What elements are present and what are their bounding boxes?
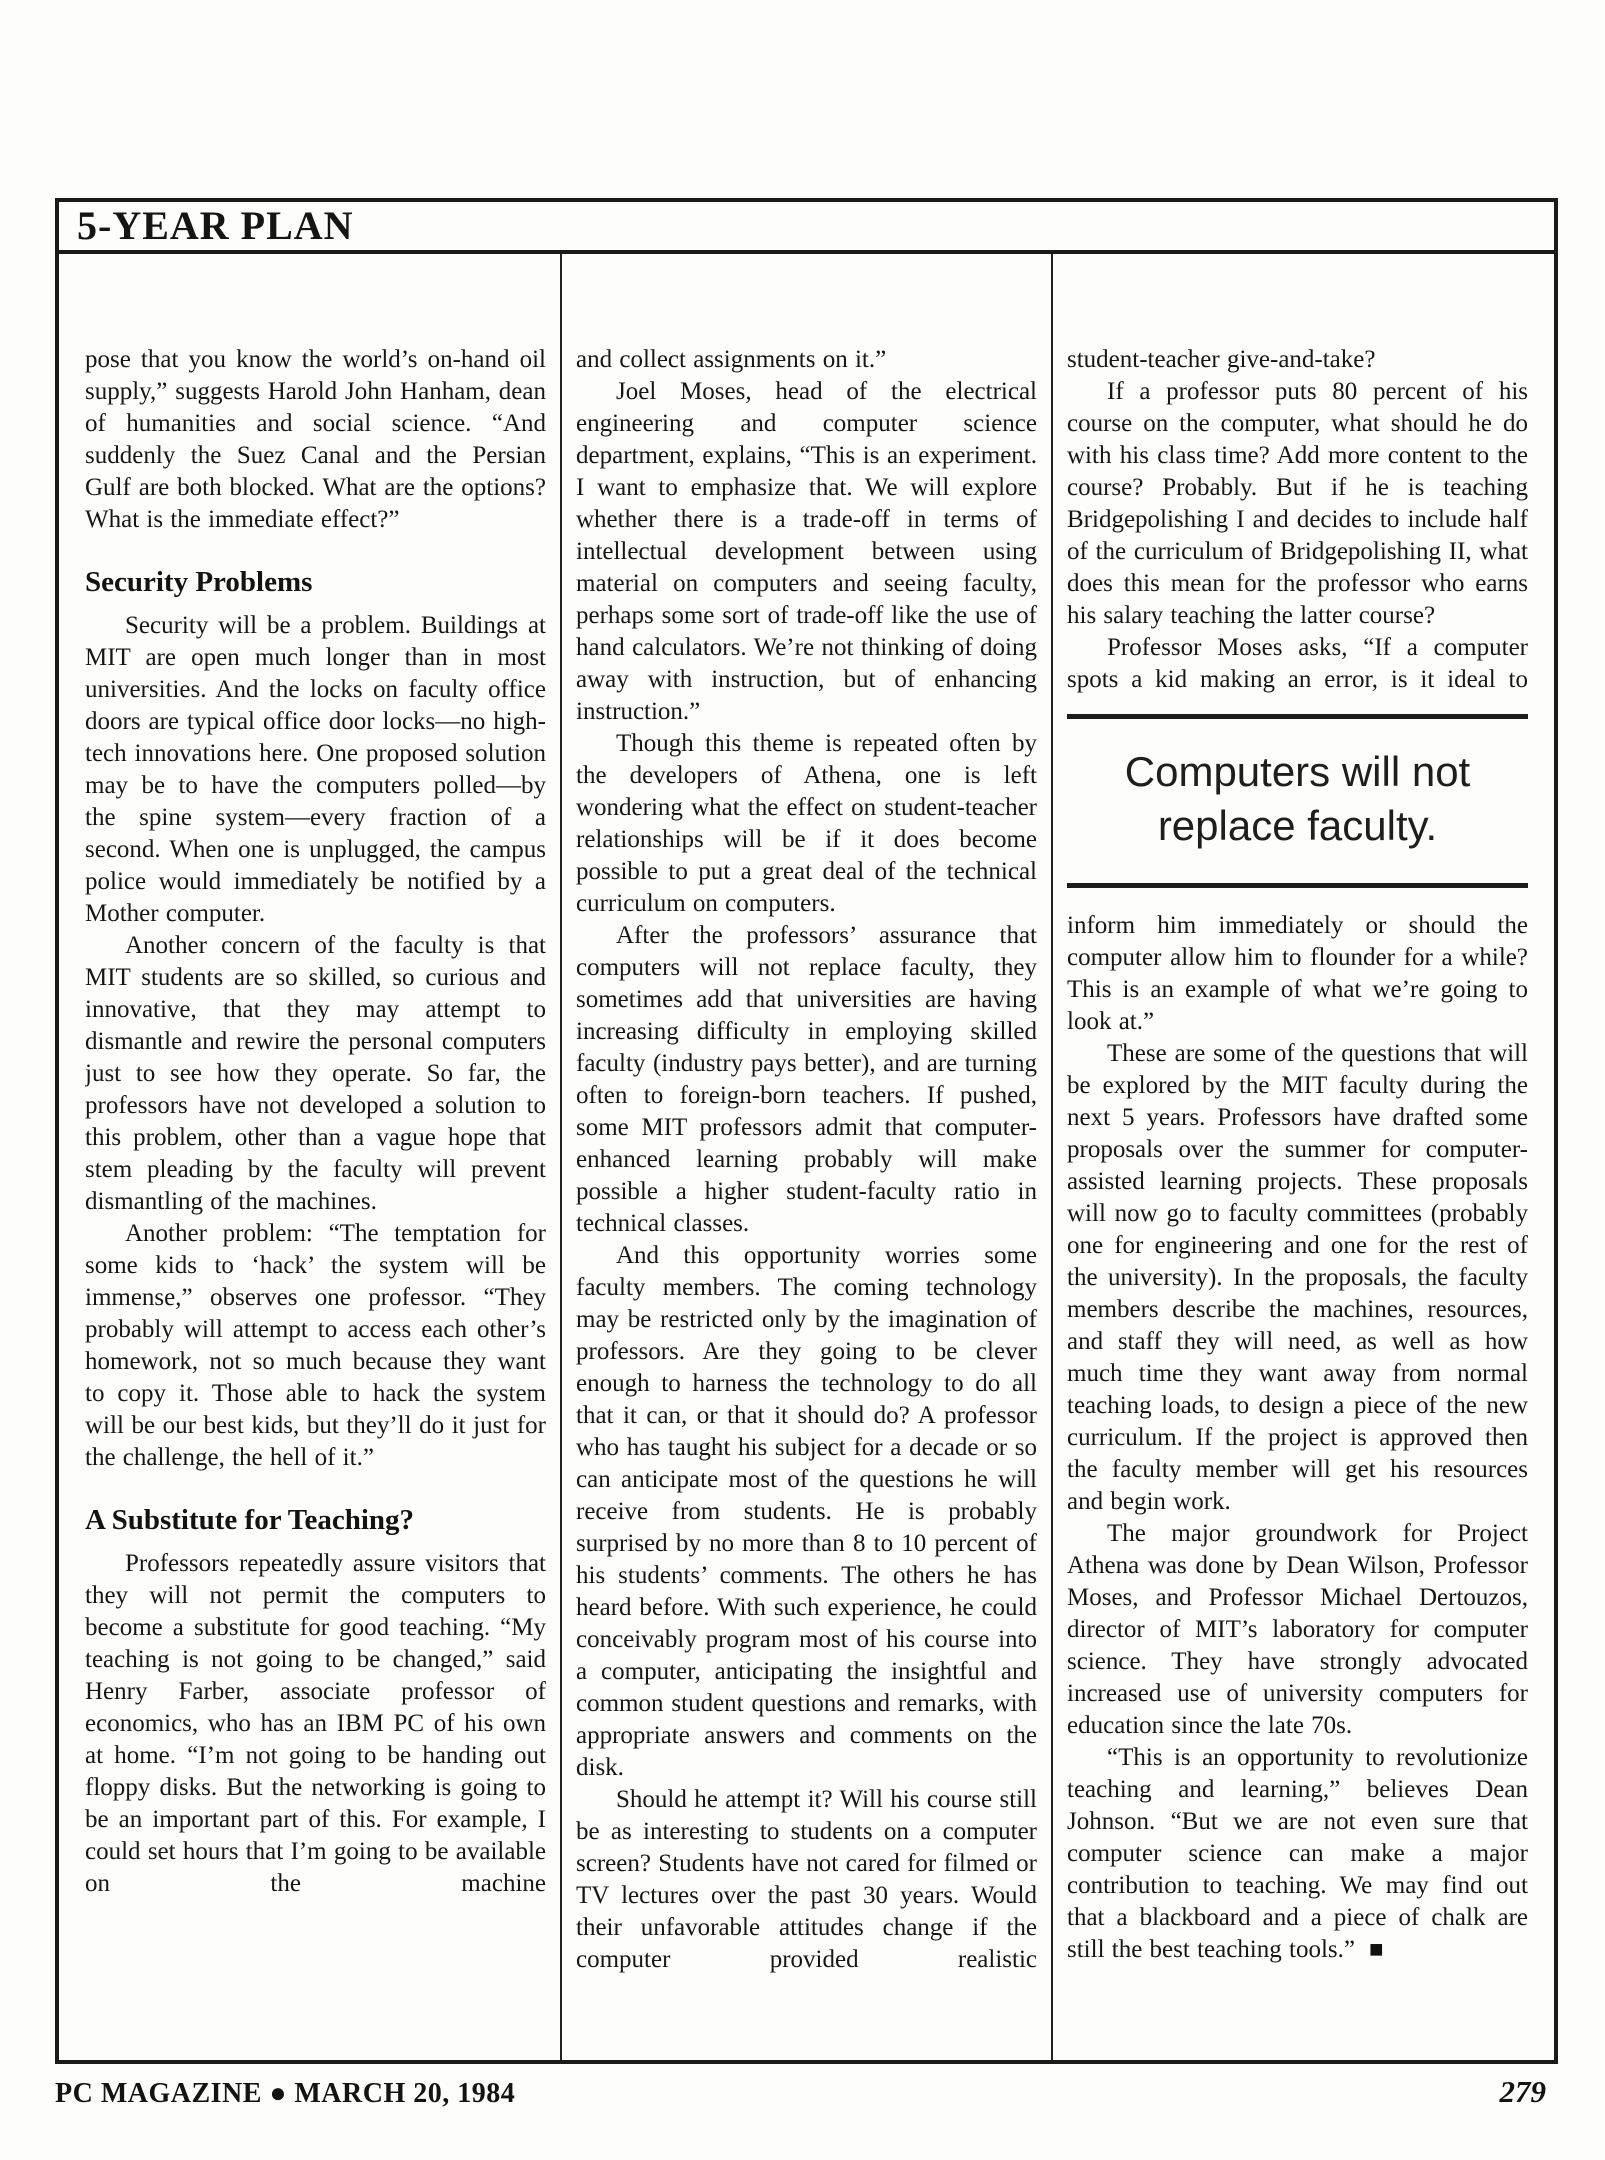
paragraph: Security will be a problem. Buildings at… [85,610,546,930]
column-divider-1 [560,254,562,2060]
column-1: pose that you know the world’s on-hand o… [85,254,546,2060]
paragraph: After the professors’ assurance that com… [576,920,1037,1240]
paragraph: “This is an opportunity to revolutionize… [1067,1742,1528,1966]
paragraph: Should he attempt it? Will his course st… [576,1784,1037,1976]
column-3: student-teacher give-and-take?If a profe… [1067,254,1528,2060]
page-number: 279 [1500,2074,1559,2110]
paragraph: pose that you know the world’s on-hand o… [85,344,546,536]
end-of-article-mark: ■ [1355,1937,1384,1963]
column-2: and collect assignments on it.”Joel Mose… [576,254,1037,2060]
footer-magazine-date: PC MAGAZINE ● MARCH 20, 1984 [55,2078,515,2110]
paragraph: student-teacher give-and-take? [1067,344,1528,376]
paragraph: Another problem: “The temptation for som… [85,1218,546,1474]
paragraph: Though this theme is repeated often by t… [576,728,1037,920]
pull-quote: Computers will not replace faculty. [1067,714,1528,888]
paragraph: And this opportunity worries some facult… [576,1240,1037,1784]
section-header-bar: 5-YEAR PLAN [59,202,1554,254]
page-footer: PC MAGAZINE ● MARCH 20, 1984 279 [55,2074,1558,2110]
paragraph: If a professor puts 80 percent of his co… [1067,376,1528,632]
paragraph: Professors repeatedly assure visitors th… [85,1548,546,1900]
paragraph: Professor Moses asks, “If a computer spo… [1067,632,1528,696]
pull-quote-text: Computers will not replace faculty. [1071,745,1524,853]
article-frame: 5-YEAR PLAN pose that you know the world… [55,198,1558,2064]
section-title: 5-YEAR PLAN [77,206,354,246]
article-columns: pose that you know the world’s on-hand o… [59,254,1554,2060]
paragraph: inform him immediately or should the com… [1067,910,1528,1038]
paragraph: and collect assignments on it.” [576,344,1037,376]
column-divider-2 [1051,254,1053,2060]
subheading: Security Problems [85,566,546,598]
paragraph: The major groundwork for Project Athena … [1067,1518,1528,1742]
paragraph: These are some of the questions that wil… [1067,1038,1528,1518]
paragraph: Another concern of the faculty is that M… [85,930,546,1218]
subheading: A Substitute for Teaching? [85,1504,546,1536]
magazine-page-scan: 5-YEAR PLAN pose that you know the world… [0,0,1605,2160]
paragraph: Joel Moses, head of the electrical engin… [576,376,1037,728]
